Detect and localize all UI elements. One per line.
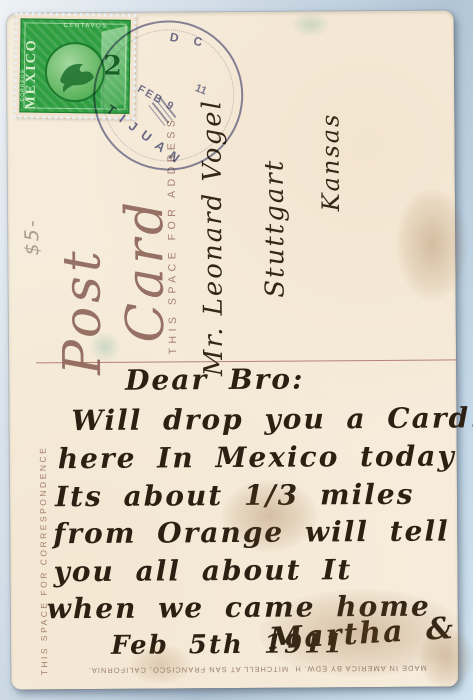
stamp-service-label: CORREOS xyxy=(20,41,27,101)
postcard-back: Post Card THIS SPACE FOR ADDRESS THIS SP… xyxy=(7,10,459,689)
postcard-title-word-post: Post xyxy=(52,189,113,375)
address-line-city: Stuttgart xyxy=(259,96,290,298)
stain xyxy=(396,188,469,300)
ghost-ink-mark xyxy=(290,11,332,37)
message-line: from Orange will tell xyxy=(53,514,450,550)
pencil-price-note: $5- xyxy=(21,145,44,255)
message-line: you all about It xyxy=(53,553,352,588)
message-line: Its about 1/3 miles xyxy=(55,478,415,514)
postcard-photo: Post Card THIS SPACE FOR ADDRESS THIS SP… xyxy=(0,0,473,700)
message-line: Will drop you a Card. xyxy=(71,401,473,437)
message-salutation: Dear Bro: xyxy=(125,362,304,396)
publisher-imprint: MADE IN AMERICA BY EDW. H. MITCHELL AT S… xyxy=(56,663,458,675)
correspondence-space-label: THIS SPACE FOR CORRESPONDENCE xyxy=(37,389,49,675)
address-line-state: Kansas xyxy=(316,61,345,211)
message-line: here In Mexico today xyxy=(58,439,456,475)
